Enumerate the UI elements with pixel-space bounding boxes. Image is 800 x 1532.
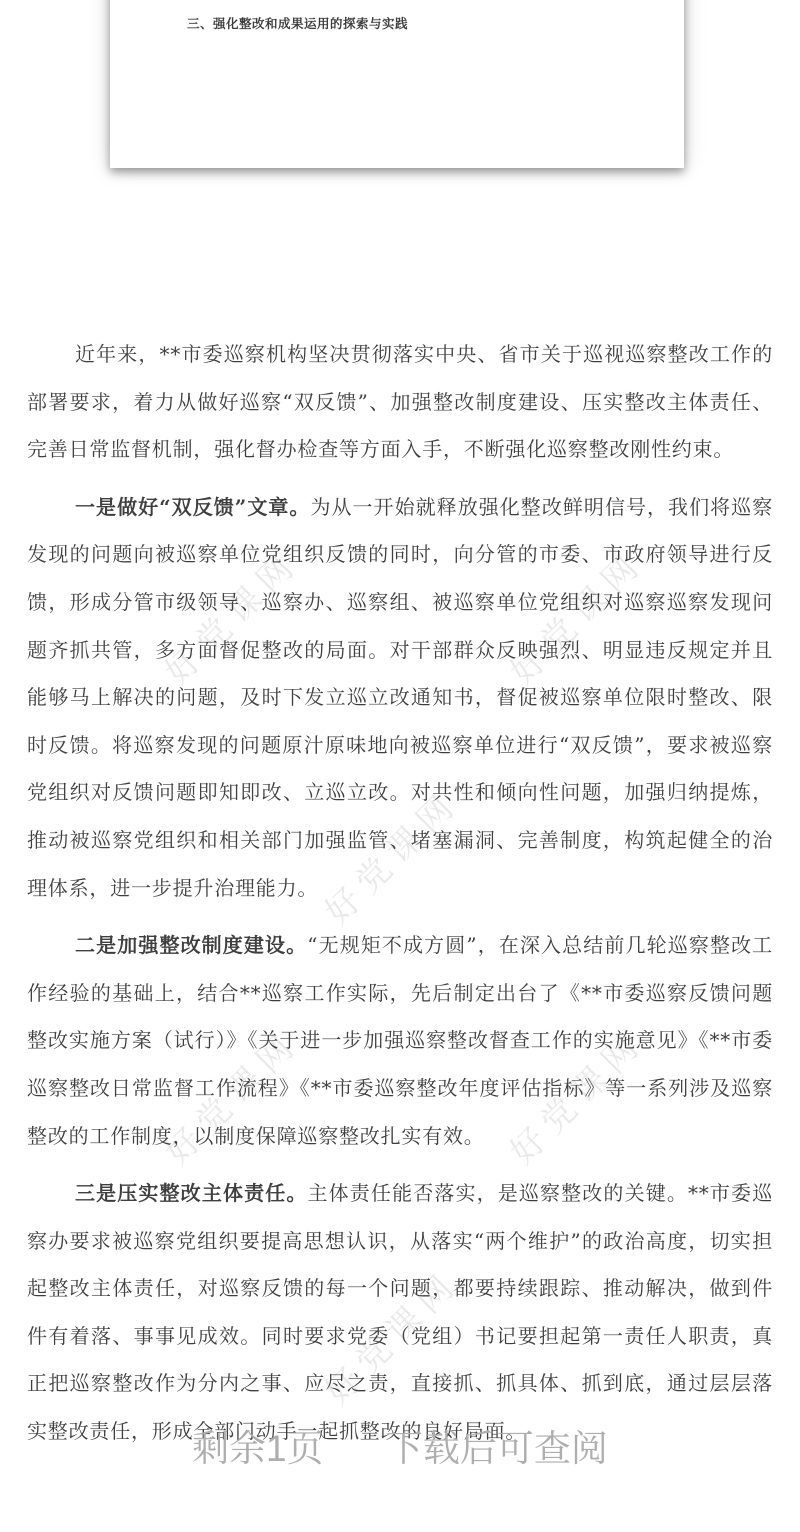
- paragraph: 一是做好“双反馈”文章。为从一开始就释放强化整改鲜明信号，我们将巡察发现的问题向…: [27, 484, 773, 912]
- remaining-pages-hint: 剩余1页 下载后可查阅: [0, 1418, 800, 1472]
- paragraph-text: 主体责任能否落实，是巡察整改的关键。**市委巡察办要求被巡察党组织要提高思想认识…: [27, 1181, 773, 1443]
- paragraph-lead: 一是做好“双反馈”文章。: [75, 495, 310, 519]
- paragraph-text: 近年来，**市委巡察机构坚决贯彻落实中央、省市关于巡视巡察整改工作的部署要求，着…: [27, 342, 773, 461]
- paragraph: 三是压实整改主体责任。主体责任能否落实，是巡察整改的关键。**市委巡察办要求被巡…: [27, 1170, 773, 1456]
- download-to-view-label: 下载后可查阅: [386, 1418, 608, 1472]
- paragraph-text: 为从一开始就释放强化整改鲜明信号，我们将巡察发现的问题向被巡察单位党组织反馈的同…: [27, 495, 773, 900]
- paragraph-lead: 三是压实整改主体责任。: [75, 1181, 308, 1205]
- paragraph-lead: 二是加强整改制度建设。: [75, 933, 307, 957]
- paragraph: 近年来，**市委巡察机构坚决贯彻落实中央、省市关于巡视巡察整改工作的部署要求，着…: [27, 331, 773, 474]
- paragraph: 二是加强整改制度建设。“无规矩不成方圆”，在深入总结前几轮巡察整改工作经验的基础…: [27, 922, 773, 1160]
- remaining-pages-label: 剩余1页: [192, 1418, 324, 1472]
- document-body: 近年来，**市委巡察机构坚决贯彻落实中央、省市关于巡视巡察整改工作的部署要求，着…: [27, 331, 773, 1466]
- page-preview-card: 三、强化整改和成果运用的探索与实践: [110, 0, 684, 168]
- paragraph-text: “无规矩不成方圆”，在深入总结前几轮巡察整改工作经验的基础上，结合**巡察工作实…: [27, 933, 773, 1147]
- section-heading: 三、强化整改和成果运用的探索与实践: [187, 14, 408, 32]
